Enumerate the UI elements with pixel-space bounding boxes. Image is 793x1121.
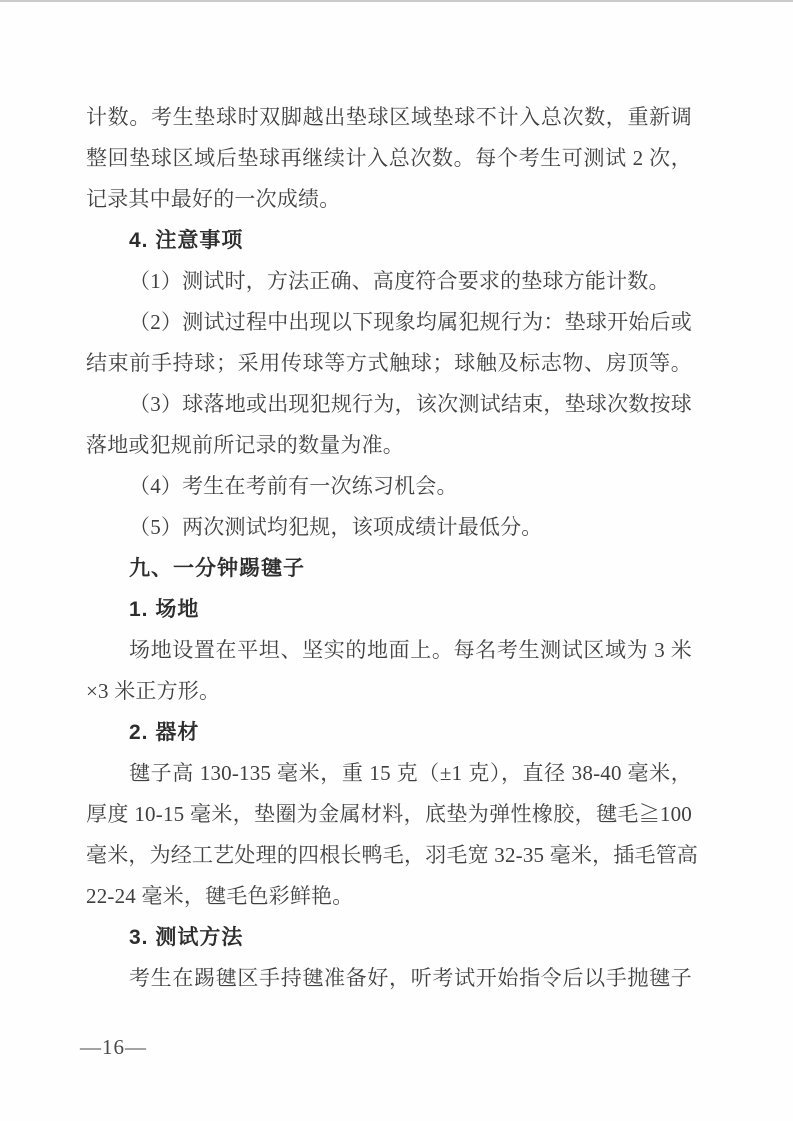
body-line: 结束前手持球；采用传球等方式触球；球触及标志物、房顶等。 — [86, 343, 692, 384]
heading-equipment: 2. 器材 — [86, 712, 692, 753]
body-line: 记录其中最好的一次成绩。 — [86, 179, 692, 220]
body-line: 22-24 毫米，毽毛色彩鲜艳。 — [86, 876, 692, 917]
heading-venue: 1. 场地 — [86, 589, 692, 630]
body-line: （4）考生在考前有一次练习机会。 — [86, 466, 692, 507]
body-line: 考生在踢毽区手持毽准备好，听考试开始指令后以手抛毽子 — [86, 958, 692, 999]
body-line: （1）测试时，方法正确、高度符合要求的垫球方能计数。 — [86, 261, 692, 302]
scan-edge-artifact — [0, 0, 793, 2]
body-line: （5）两次测试均犯规，该项成绩计最低分。 — [86, 507, 692, 548]
heading-precautions: 4. 注意事项 — [86, 220, 692, 261]
scanned-document-page: 计数。考生垫球时双脚越出垫球区域垫球不计入总次数，重新调 整回垫球区域后垫球再继… — [0, 0, 793, 1121]
body-line: 场地设置在平坦、坚实的地面上。每名考生测试区域为 3 米 — [86, 630, 692, 671]
body-line: （3）球落地或出现犯规行为，该次测试结束，垫球次数按球 — [86, 384, 692, 425]
body-line: 计数。考生垫球时双脚越出垫球区域垫球不计入总次数，重新调 — [86, 97, 692, 138]
body-line: 毽子高 130-135 毫米，重 15 克（±1 克），直径 38-40 毫米， — [86, 753, 692, 794]
body-line: 落地或犯规前所记录的数量为准。 — [86, 425, 692, 466]
body-line: 毫米，为经工艺处理的四根长鸭毛，羽毛宽 32-35 毫米，插毛管高 — [86, 835, 692, 876]
page-number: —16— — [80, 1035, 147, 1059]
heading-section-nine: 九、一分钟踢毽子 — [86, 548, 692, 589]
document-text: 计数。考生垫球时双脚越出垫球区域垫球不计入总次数，重新调 整回垫球区域后垫球再继… — [86, 97, 692, 999]
heading-test-method: 3. 测试方法 — [86, 917, 692, 958]
body-line: 厚度 10-15 毫米，垫圈为金属材料，底垫为弹性橡胶，毽毛≧100 — [86, 794, 692, 835]
body-line: （2）测试过程中出现以下现象均属犯规行为：垫球开始后或 — [86, 302, 692, 343]
body-line: 整回垫球区域后垫球再继续计入总次数。每个考生可测试 2 次， — [86, 138, 692, 179]
body-line: ×3 米正方形。 — [86, 671, 692, 712]
